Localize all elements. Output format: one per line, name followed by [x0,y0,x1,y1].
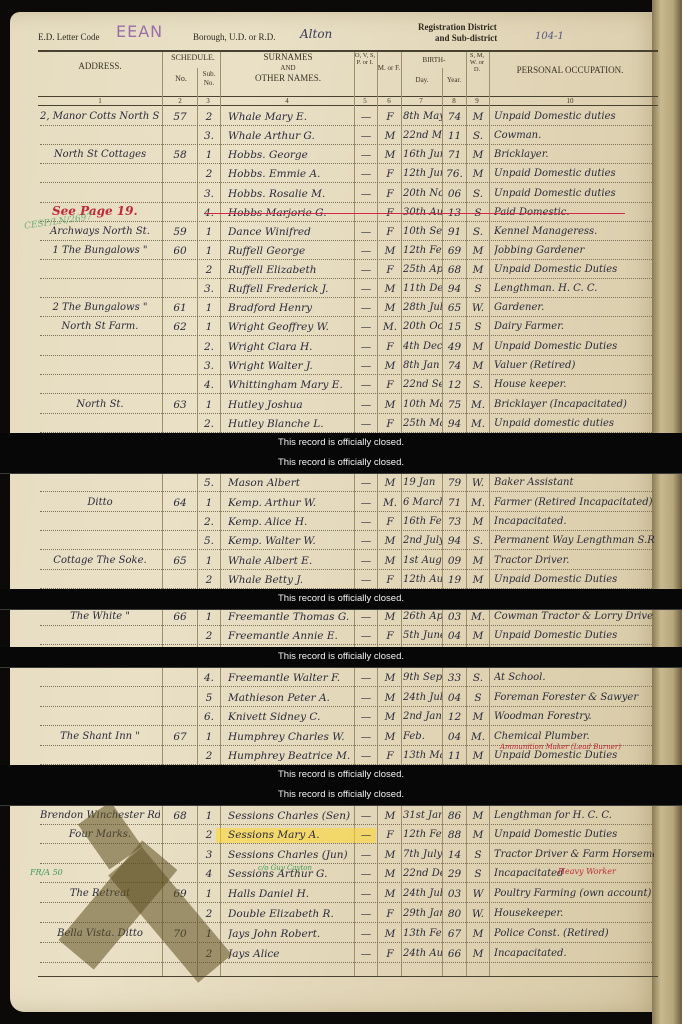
cell-smwd: M [467,111,489,123]
cell-smwd: M [467,555,489,567]
cell-mf: F [379,188,401,200]
red-strikethrough [205,213,625,214]
cell-day: 26th April [403,611,442,622]
cell-smwd: M. [467,418,489,430]
cell-name: Kemp. Walter W. [228,535,354,547]
cell-address: North St Farm. [40,321,160,332]
cell-mf: M [379,888,401,900]
cell-smwd: S. [467,130,489,142]
cell-smwd: M [467,750,489,762]
cell-mf: F [379,908,401,920]
cell-smwd: S. [467,226,489,238]
cell-occupation: Unpaid domestic duties [494,418,654,429]
cell-occupation: Kennel Manageress. [494,226,654,237]
cell-sub: 4. [199,672,219,684]
cell-occupation: Valuer (Retired) [494,360,654,371]
cell-occupation: Unpaid Domestic Duties [494,630,654,641]
cell-sub: 1 [199,321,219,333]
cell-mf: F [379,516,401,528]
closed-record-banner: This record is officially closed. [0,785,682,806]
cell-no: 66 [164,611,196,623]
cell-mf: F [379,226,401,238]
cell-sub: 2. [199,418,219,430]
cell-no: 65 [164,555,196,567]
cell-day: 6 March [403,497,442,508]
cell-occupation: Chemical Plumber. [494,731,654,742]
cell-name: Humphrey Charles W. [228,731,354,743]
ed-letter-code-label: E.D. Letter Code [38,32,99,42]
cell-day: 12th Aug [403,574,442,585]
cell-year: 79 [443,477,466,489]
cell-day: 24th Aug. [403,948,442,959]
bottom-rule [38,976,658,977]
cell-smwd: M [467,810,489,822]
cell-mf: M [379,731,401,743]
cell-name: Freemantle Walter F. [228,672,354,684]
cell-sub: 2. [199,341,219,353]
cell-ov: — [356,731,376,743]
cell-year: 68 [443,264,466,276]
row-dotted-rule [40,530,652,531]
cell-name: Kemp. Alice H. [228,516,354,528]
closed-record-banner: This record is officially closed. [0,589,682,610]
cell-smwd: M [467,149,489,161]
cell-occupation: Tractor Driver & Farm Horseman [494,849,654,860]
cell-ov: — [356,477,376,489]
cell-day: 20th Oct [403,321,442,332]
cell-mf: F [379,264,401,276]
row-dotted-rule [40,355,652,356]
cell-ov: — [356,810,376,822]
cell-occupation: Unpaid Domestic Duties [494,341,654,352]
row-dotted-rule [40,278,652,279]
cell-occupation: Bricklayer (Incapacitated) [494,399,654,410]
cell-year: 74 [443,111,466,123]
cell-sub: 2 [199,111,219,123]
cell-smwd: S. [467,379,489,391]
cell-ov: — [356,399,376,411]
cell-ov: — [356,750,376,762]
cell-year: 67 [443,928,466,940]
cell-mf: F [379,750,401,762]
cell-ov: — [356,849,376,861]
cell-day: 24th July [403,692,442,703]
cell-mf: M. [379,497,401,509]
row-dotted-rule [40,706,652,707]
col-smwd: S, M, W. or D. [466,52,488,73]
cell-address: Ditto [40,497,160,508]
row-dotted-rule [40,511,652,512]
cell-name: Jays Alice [228,948,354,960]
col-other-names: OTHER NAMES. [222,74,354,83]
cell-ov: — [356,130,376,142]
cell-occupation: Lengthman for H. C. C. [494,810,654,821]
row-dotted-rule [40,962,652,963]
cell-sub: 1 [199,810,219,822]
cell-occupation: Foreman Forester & Sawyer [494,692,654,703]
cell-ov: — [356,535,376,547]
cell-day: 4th Dec [403,341,442,352]
cell-sub: 1 [199,226,219,238]
col-mf: M. or F. [377,64,401,73]
cell-mf: M [379,810,401,822]
col-and: AND [222,64,354,73]
cell-occupation: Housekeeper. [494,908,654,919]
cell-sub: 2. [199,516,219,528]
cell-year: 14 [443,849,466,861]
cell-name: Hobbs. Rosalie M. [228,188,354,200]
green-occupation-annotation: c/o Guy Cayton [258,864,312,872]
red-occupation-annotation-1: Heavy Worker [558,867,616,876]
cell-ov: — [356,630,376,642]
cell-sub: 5 [199,692,219,704]
cell-ov: — [356,111,376,123]
cell-day: 8th Jan [403,360,442,371]
cell-year: 03 [443,888,466,900]
row-dotted-rule [40,202,652,203]
cell-name: Whale Mary E. [228,111,354,123]
cell-name: Whale Betty J. [228,574,354,586]
cell-mf: M [379,849,401,861]
cell-year: 11 [443,750,466,762]
cell-ov: — [356,908,376,920]
cell-year: 69 [443,245,466,257]
cell-mf: M [379,399,401,411]
cell-name: Mason Albert [228,477,354,489]
cell-day: 25th April [403,264,442,275]
cell-smwd: S [467,868,489,880]
cell-year: 04 [443,692,466,704]
cell-no: 62 [164,321,196,333]
cell-ov: — [356,516,376,528]
cell-occupation: Unpaid Domestic Duties [494,750,654,761]
cell-sub: 3. [199,360,219,372]
cell-name: Wright Walter J. [228,360,354,372]
cell-sub: 4 [199,868,219,880]
grid-line [197,68,198,977]
sub-district-label: and Sub-district [435,33,497,43]
cell-sub: 1 [199,555,219,567]
row-dotted-rule [40,644,652,645]
cell-name: Hobbs. George [228,149,354,161]
cell-sub: 2 [199,829,219,841]
cell-day: 20th Nov [403,188,442,199]
cell-year: 03 [443,611,466,623]
cell-ov: — [356,245,376,257]
cell-name: Sessions Mary A. [228,829,354,841]
cell-ov: — [356,360,376,372]
cell-occupation: Jobbing Gardener [494,245,654,256]
cell-smwd: M [467,829,489,841]
cell-name: Bradford Henry [228,302,354,314]
cell-smwd: M. [467,731,489,743]
cell-smwd: W. [467,477,489,489]
cell-name: Humphrey Beatrice M. [228,750,354,762]
cell-sub: 3. [199,130,219,142]
cell-day: 2nd Jan [403,711,442,722]
cell-ov: — [356,418,376,430]
cell-occupation: Cowman Tractor & Lorry Driver [494,611,654,622]
cell-address: 1 The Bungalows " [40,245,160,256]
cell-smwd: W. [467,302,489,314]
cell-name: Whale Albert E. [228,555,354,567]
cell-occupation: Unpaid Domestic duties [494,168,654,179]
cell-occupation: Unpaid Domestic duties [494,188,654,199]
cell-ov: — [356,928,376,940]
cell-mf: F [379,379,401,391]
cell-ov: — [356,379,376,391]
cell-occupation: Poultry Farming (own account) [494,888,654,899]
cell-name: Wright Geoffrey W. [228,321,354,333]
row-dotted-rule [40,144,652,145]
cell-sub: 3 [199,849,219,861]
cell-ov: — [356,711,376,723]
cell-mf: M [379,692,401,704]
cell-smwd: M. [467,399,489,411]
colnum-rule-bottom [38,105,658,106]
cell-name: Ruffell Frederick J. [228,283,354,295]
row-dotted-rule [40,491,652,492]
cell-day: 16th June [403,149,442,160]
cell-name: Whittingham Mary E. [228,379,354,391]
cell-name: Halls Daniel H. [228,888,354,900]
cell-ov: — [356,574,376,586]
col-ovspl: O, V, S, P. or I. [354,52,376,66]
cell-smwd: M [467,168,489,180]
cell-ov: — [356,692,376,704]
cell-sub: 5. [199,477,219,489]
cell-mf: M [379,149,401,161]
cell-mf: F [379,168,401,180]
cell-smwd: M [467,574,489,586]
cell-no: 57 [164,111,196,123]
cell-ov: — [356,149,376,161]
cell-mf: M [379,535,401,547]
cell-mf: M [379,283,401,295]
cell-occupation: Incapacitated. [494,516,654,527]
cell-year: 29 [443,868,466,880]
row-dotted-rule [40,125,652,126]
cell-sub: 1 [199,497,219,509]
col-year: Year. [442,76,466,85]
cell-ov: — [356,672,376,684]
cell-name: Sessions Charles (Sen) [228,810,354,822]
cell-no: 58 [164,149,196,161]
cell-address: The Shant Inn " [40,731,160,742]
col-surnames: SURNAMES [222,53,354,62]
cell-occupation: Unpaid Domestic Duties [494,264,654,275]
cell-day: 9th Sept [403,672,442,683]
cell-year: 15 [443,321,466,333]
cell-name: Jays John Robert. [228,928,354,940]
cell-name: Mathieson Peter A. [228,692,354,704]
row-dotted-rule [40,335,652,336]
reg-district-value: 104-1 [535,31,564,42]
closed-record-banner: This record is officially closed. [0,433,682,454]
row-dotted-rule [40,316,652,317]
cell-name: Sessions Charles (Jun) [228,849,354,861]
borough-value: Alton [300,27,332,41]
cell-name: Ruffell Elizabeth [228,264,354,276]
cell-mf: M [379,130,401,142]
cell-year: 12 [443,711,466,723]
cell-address: 2, Manor Cotts North St [40,111,160,122]
col-schedule-no: No. [164,74,198,83]
green-left-annotation: FR/A 50 [30,868,63,877]
cell-name: Whale Arthur G. [228,130,354,142]
cell-mf: F [379,829,401,841]
col-day: Day. [402,76,442,85]
col-occupation: PERSONAL OCCUPATION. [490,66,650,75]
cell-smwd: S [467,283,489,295]
cell-year: 09 [443,555,466,567]
col-schedule-sub: Sub. No. [198,70,220,88]
cell-smwd: M [467,341,489,353]
cell-occupation: Unpaid Domestic Duties [494,829,654,840]
cell-smwd: S [467,692,489,704]
cell-no: 64 [164,497,196,509]
cell-name: Freemantle Thomas G. [228,611,354,623]
grid-line [377,52,378,977]
cell-smwd: M [467,516,489,528]
cell-year: 71 [443,149,466,161]
cell-day: 16th Feb. [403,516,442,527]
red-occupation-annotation-2: Ammunition Maker (Lead Burner) [500,743,621,751]
cell-sub: 1 [199,399,219,411]
cell-sub: 1 [199,888,219,900]
row-dotted-rule [40,725,652,726]
cell-smwd: S. [467,188,489,200]
cell-occupation: Incapacitated. [494,948,654,959]
cell-day: 13th Feb. [403,928,442,939]
cell-day: 24th July [403,888,442,899]
cell-smwd: W. [467,908,489,920]
cell-day: 8th May [403,111,442,122]
cell-name: Hutley Blanche L. [228,418,354,430]
cell-mf: M [379,477,401,489]
cell-year: 75 [443,399,466,411]
row-dotted-rule [40,297,652,298]
borough-label: Borough, U.D. or R.D. [193,32,276,42]
row-dotted-rule [40,393,652,394]
cell-year: 19 [443,574,466,586]
cell-mf: M [379,611,401,623]
cell-ov: — [356,555,376,567]
col-address: ADDRESS. [40,62,160,71]
cell-name: Hutley Joshua [228,399,354,411]
cell-mf: F [379,574,401,586]
cell-day: 7th July [403,849,442,860]
cell-year: 94 [443,418,466,430]
cell-name: Wright Clara H. [228,341,354,353]
cell-sub: 2 [199,574,219,586]
cell-day: 22nd May [403,130,442,141]
cell-sub: 1 [199,611,219,623]
cell-sub: 5. [199,535,219,547]
cell-sub: 2 [199,264,219,276]
col-birth: BIRTH- [402,56,466,65]
cell-day: 28th July [403,302,442,313]
cell-year: 88 [443,829,466,841]
cell-occupation: Lengthman. H. C. C. [494,283,654,294]
cell-occupation: Woodman Forestry. [494,711,654,722]
cell-year: 06 [443,188,466,200]
cell-sub: 3. [199,283,219,295]
cell-no: 63 [164,399,196,411]
cell-sub: 4. [199,379,219,391]
cell-smwd: S. [467,535,489,547]
cell-ov: — [356,264,376,276]
cell-no: 59 [164,226,196,238]
cell-ov: — [356,302,376,314]
cell-sub: 1 [199,302,219,314]
cell-address: North St. [40,399,160,410]
cell-smwd: M. [467,497,489,509]
header-rule [38,50,658,52]
row-dotted-rule [40,413,652,414]
cell-mf: M [379,302,401,314]
reg-district-label: Registration District [418,22,497,32]
cell-name: Knivett Sidney C. [228,711,354,723]
closed-record-banner: This record is officially closed. [0,647,682,668]
cell-day: 12th June [403,168,442,179]
cell-day: 13th May [403,750,442,761]
cell-address: Archways North St. [40,226,160,237]
cell-day: 1st Aug. [403,555,442,566]
row-dotted-rule [40,259,652,260]
cell-day: 11th Dec. [403,283,442,294]
cell-year: 66 [443,948,466,960]
cell-year: 74 [443,360,466,372]
row-dotted-rule [40,942,652,943]
cell-ov: — [356,829,376,841]
cell-year: 73 [443,516,466,528]
cell-smwd: M [467,711,489,723]
cell-year: 65 [443,302,466,314]
cell-sub: 2 [199,168,219,180]
cell-mf: M [379,245,401,257]
cell-no: 67 [164,731,196,743]
cell-occupation: House keeper. [494,379,654,390]
cell-occupation: Unpaid Domestic duties [494,111,654,122]
cell-ov: — [356,283,376,295]
cell-day: 19 Jan [403,477,442,488]
cell-occupation: Unpaid Domestic Duties [494,574,654,585]
cell-year: 80 [443,908,466,920]
cell-mf: F [379,418,401,430]
cell-smwd: M [467,245,489,257]
cell-year: 94 [443,283,466,295]
cell-sub: 2 [199,630,219,642]
cell-smwd: M [467,948,489,960]
cell-day: 12th Feb. [403,829,442,840]
cell-year: 49 [443,341,466,353]
cell-mf: F [379,948,401,960]
grid-line [489,52,490,977]
cell-address: 2 The Bungalows " [40,302,160,313]
cell-mf: F [379,111,401,123]
cell-year: 11 [443,130,466,142]
cell-sub: 3. [199,188,219,200]
cell-day: Feb. [403,731,442,742]
cell-smwd: M [467,928,489,940]
cell-ov: — [356,948,376,960]
cell-occupation: Permanent Way Lengthman S.R. [494,535,654,546]
cell-occupation: Baker Assistant [494,477,654,488]
cell-day: 22nd Sept [403,379,442,390]
cell-year: 94 [443,535,466,547]
cell-mf: M [379,868,401,880]
